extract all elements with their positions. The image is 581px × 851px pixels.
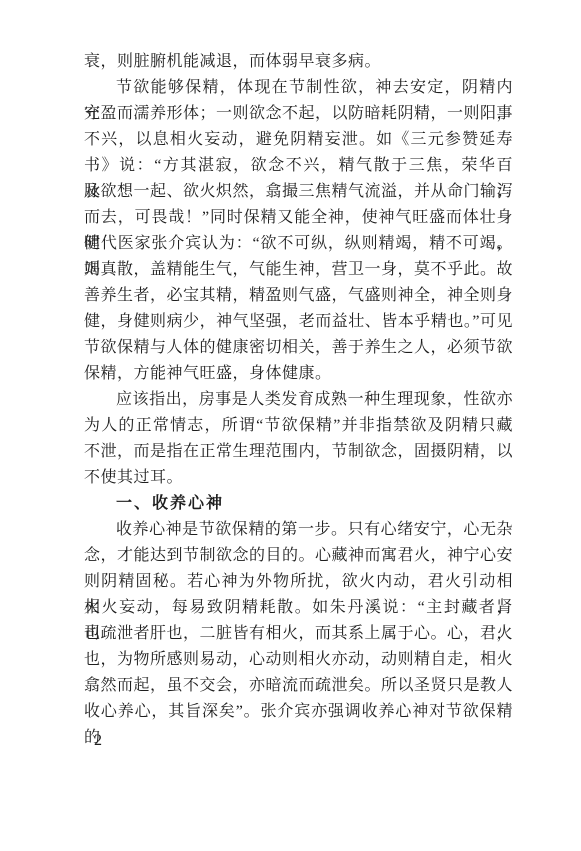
text-line: 节欲保精与人体的健康密切相关，善于养生之人，必须节欲 (84, 335, 513, 361)
text-line: 节欲能够保精，体现在节制性欲，神去安定，阴精内守， (84, 75, 513, 101)
text-line: 而去，可畏哉！”同时保精又能全神，使神气旺盛而体壮身健。 (84, 205, 513, 231)
text-line: 不使其过耳。 (84, 465, 513, 491)
text-line: 善养生者，必宝其精，精盈则气盛，气盛则神全，神全则身 (84, 283, 513, 309)
text-line: 不泄，而是指在正常生理范围内，节制欲念，固摄阴精，以 (84, 439, 513, 465)
text-line: 保精，方能神气旺盛，身体健康。 (84, 361, 513, 387)
text-line: 司疏泄者肝也，二脏皆有相火，而其系上属于心。心，君火 (84, 621, 513, 647)
text-line: 充盈而濡养形体；一则欲念不起，以防暗耗阴精，一则阳事 (84, 101, 513, 127)
body-text: 衰，则脏腑机能减退，而体弱早衰多病。 节欲能够保精，体现在节制性欲，神去安定，阴… (84, 49, 513, 725)
text-line: 也，为物所感则易动，心动则相火亦动，动则精自走，相火 (84, 647, 513, 673)
text-line: 为人的正常情志，所谓“节欲保精”并非指禁欲及阴精只藏 (84, 413, 513, 439)
text-line: 健，身健则病少，神气坚强，老而益壮、皆本乎精也。”可见 (84, 309, 513, 335)
text-line: 衰，则脏腑机能减退，而体弱早衰多病。 (84, 49, 513, 75)
text-line: 念，才能达到节制欲念的目的。心藏神而寓君火，神宁心安 (84, 543, 513, 569)
text-line: 明代医家张介宾认为：“欲不可纵，纵则精竭，精不可竭，竭 (84, 231, 513, 257)
text-line: 书》说：“方其湛寂，欲念不兴，精气散于三焦，荣华百脉； (84, 153, 513, 179)
text-line: 及欲想一起、欲火炽然，翕撮三焦精气流溢，并从命门输泻 (84, 179, 513, 205)
page-number: 2 (94, 728, 102, 754)
text-line: 则阴精固秘。若心神为外物所扰，欲火内动，君火引动相火， (84, 569, 513, 595)
text-line: 应该指出，房事是人类发育成熟一种生理现象，性欲亦 (84, 387, 513, 413)
text-line: 相火妄动，每易致阴精耗散。如朱丹溪说：“主封藏者肾也， (84, 595, 513, 621)
text-line: 则真散，盖精能生气，气能生神，营卫一身，莫不乎此。故 (84, 257, 513, 283)
text-line: 不兴，以息相火妄动，避免阴精妄泄。如《三元参赞延寿 (84, 127, 513, 153)
text-line: 收养心神是节欲保精的第一步。只有心绪安宁，心无杂 (84, 517, 513, 543)
section-heading: 一、收养心神 (84, 491, 513, 517)
book-page: 衰，则脏腑机能减退，而体弱早衰多病。 节欲能够保精，体现在节制性欲，神去安定，阴… (0, 0, 581, 851)
text-line: 翕然而起，虽不交会，亦暗流而疏泄矣。所以圣贤只是教人 (84, 673, 513, 699)
text-line: 收心养心，其旨深矣”。张介宾亦强调收养心神对节欲保精的 (84, 699, 513, 725)
